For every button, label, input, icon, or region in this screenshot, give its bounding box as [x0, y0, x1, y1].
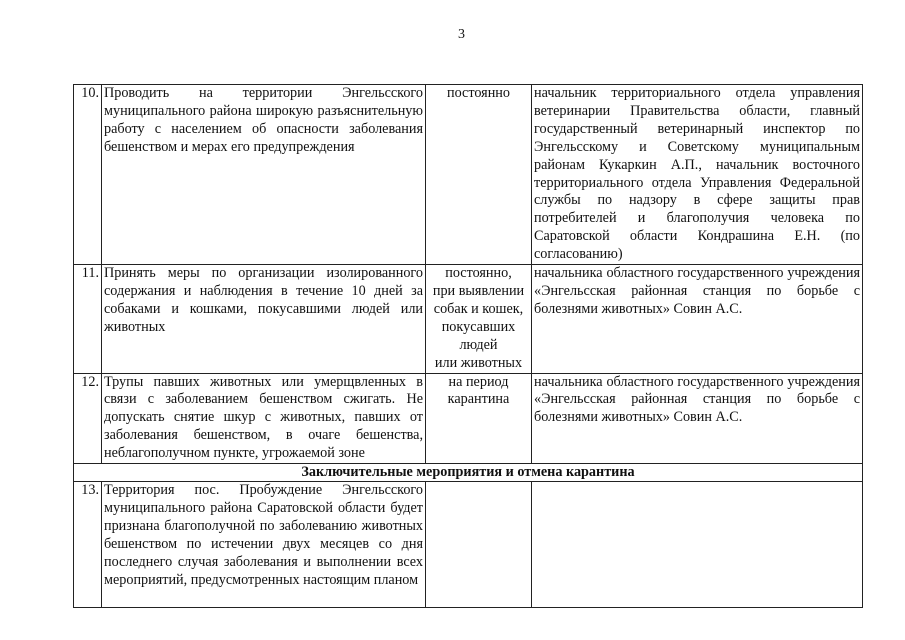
table-row: 11. Принять меры по организации изолиров…: [74, 265, 863, 373]
action-cell: Проводить на территории Энгельсского мун…: [102, 85, 426, 265]
term-cell: на период карантина: [426, 373, 532, 464]
term-line: собак и кошек,: [428, 301, 529, 319]
term-line: постоянно,: [428, 265, 529, 283]
term-line: покусавших: [428, 319, 529, 337]
table-row: 13. Территория пос. Пробуждение Энгельсс…: [74, 482, 863, 608]
row-number: 13.: [74, 482, 102, 608]
term-cell: постоянно: [426, 85, 532, 265]
term-line: людей: [428, 337, 529, 355]
table-row: 12. Трупы павших животных или умерщвленн…: [74, 373, 863, 464]
term-line: на период: [428, 374, 529, 392]
responsible-cell: начальника областного государственного у…: [532, 373, 863, 464]
action-cell: Трупы павших животных или умерщвленных в…: [102, 373, 426, 464]
page-number: 3: [458, 27, 465, 43]
responsible-cell: [532, 482, 863, 608]
term-line: карантина: [428, 391, 529, 409]
row-number: 12.: [74, 373, 102, 464]
row-number: 10.: [74, 85, 102, 265]
action-cell: Территория пос. Пробуждение Энгельсского…: [102, 482, 426, 608]
action-plan-table: 10. Проводить на территории Энгельсского…: [73, 84, 863, 608]
row-number: 11.: [74, 265, 102, 373]
term-line: или животных: [428, 355, 529, 373]
section-heading-row: Заключительные мероприятия и отмена кара…: [74, 464, 863, 482]
term-cell: [426, 482, 532, 608]
table-row: 10. Проводить на территории Энгельсского…: [74, 85, 863, 265]
term-line: при выявлении: [428, 283, 529, 301]
section-heading: Заключительные мероприятия и отмена кара…: [74, 464, 863, 482]
term-cell: постоянно, при выявлении собак и кошек, …: [426, 265, 532, 373]
responsible-cell: начальник территориального отдела управл…: [532, 85, 863, 265]
action-cell: Принять меры по организации изолированно…: [102, 265, 426, 373]
responsible-cell: начальника областного государственного у…: [532, 265, 863, 373]
